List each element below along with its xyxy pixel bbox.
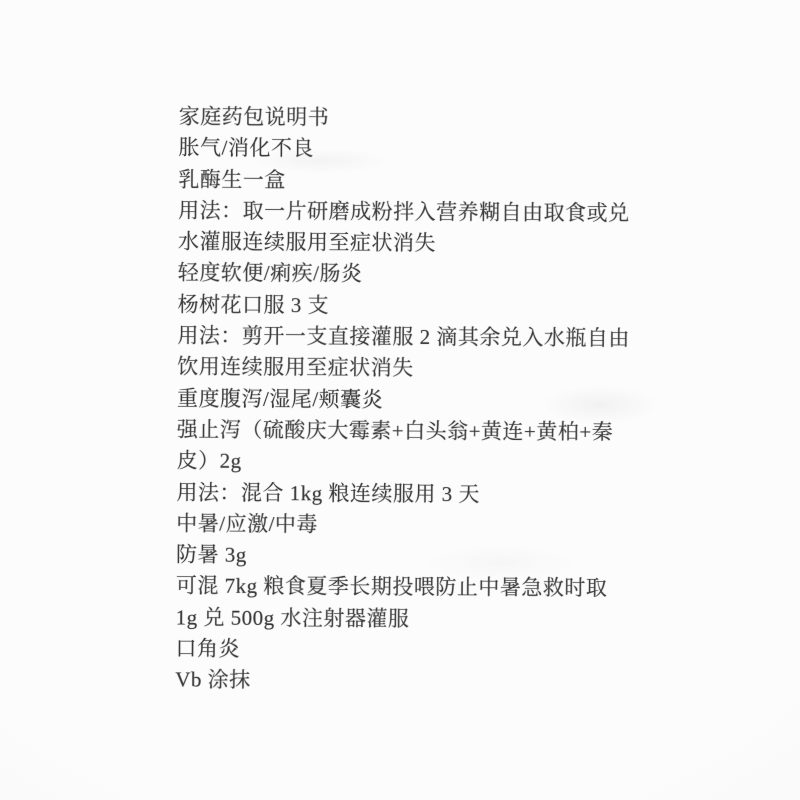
document-title: 家庭药包说明书 [179, 101, 689, 135]
medicine-line-antidiarrheal: 强止泻（硫酸庆大霉素+白头翁+黄连+黄柏+秦 [177, 414, 687, 448]
usage-line-continued: 水灌服连续服用至症状消失 [178, 227, 688, 261]
instruction-text-block: 家庭药包说明书 胀气/消化不良 乳酶生一盒 用法：取一片研磨成粉拌入营养糊自由取… [175, 101, 689, 699]
medicine-line-lactasin: 乳酶生一盒 [178, 164, 688, 198]
usage-line: 可混 7kg 粮食夏季长期投喂防止中暑急救时取 [176, 571, 686, 605]
medicine-line-continued: 皮）2g [177, 446, 687, 480]
medicine-line-heat-prevention: 防暑 3g [176, 540, 686, 574]
symptom-line-heatstroke: 中暑/应激/中毒 [176, 508, 686, 542]
symptom-line-angular-cheilitis: 口角炎 [175, 633, 685, 667]
usage-line: 用法：取一片研磨成粉拌入营养糊自由取食或兑 [178, 195, 688, 229]
symptom-line-bloating: 胀气/消化不良 [178, 133, 688, 167]
symptom-line-soft-stool: 轻度软便/痢疾/肠炎 [178, 258, 688, 292]
symptom-line-diarrhea: 重度腹泻/湿尾/颊囊炎 [177, 383, 687, 417]
medicine-line-poplar: 杨树花口服 3 支 [177, 289, 687, 323]
usage-line-continued: 饮用连续服用至症状消失 [177, 352, 687, 386]
usage-line: 用法：剪开一支直接灌服 2 滴其余兑入水瓶自由 [177, 321, 687, 355]
usage-line-continued: 1g 兑 500g 水注射器灌服 [176, 602, 686, 636]
usage-line: 用法：混合 1kg 粮连续服用 3 天 [176, 477, 686, 511]
medicine-line-vb: Vb 涂抹 [175, 665, 685, 699]
document-page: 家庭药包说明书 胀气/消化不良 乳酶生一盒 用法：取一片研磨成粉拌入营养糊自由取… [0, 0, 800, 800]
